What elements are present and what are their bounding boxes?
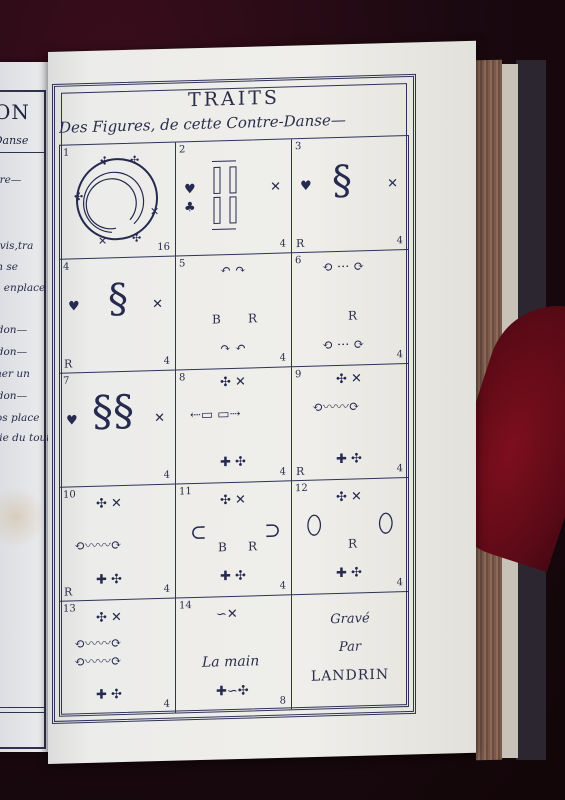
dancer-mark-icon: ✕ xyxy=(154,411,165,426)
figure-number: 14 xyxy=(179,600,192,611)
bar-count: 16 xyxy=(157,242,170,253)
oval-path-icon: ⬯ xyxy=(306,510,322,541)
curl-path-icon: ∽✕ xyxy=(216,607,238,623)
figure-number: 1 xyxy=(63,148,69,159)
figure-number: 8 xyxy=(179,372,185,383)
figure-marker: R xyxy=(64,357,72,370)
figure-marker: R xyxy=(248,311,257,325)
horizontal-arrows-icon: ⇠▭ ▭⇢ xyxy=(190,407,240,423)
engraver-credit-cell: Gravé Par LANDRIN xyxy=(292,592,408,709)
bar-count: 4 xyxy=(397,349,403,360)
left-text-line: en se xyxy=(0,261,18,273)
bar-count: 4 xyxy=(164,470,170,481)
heart-dancer-icon: ♥ xyxy=(66,413,78,428)
left-text-line: á-vis,tra xyxy=(0,240,33,252)
left-text-line: te enplace xyxy=(0,282,45,294)
la-main-label: La main xyxy=(202,653,259,671)
left-text-line: aire— xyxy=(0,174,21,186)
bar-count: 4 xyxy=(280,580,286,591)
figure-cell: 13 ✣ ✕ ⟲〰〰⟳ ⟲〰〰⟳ ✚ ✣ 4 xyxy=(60,599,176,716)
dancer-marks-icon: ✚ ✣ xyxy=(336,565,362,581)
heart-dancer-icon: ♥ xyxy=(184,182,196,197)
figure-number: 7 xyxy=(63,376,69,387)
figure-marker: R xyxy=(248,539,257,553)
curved-arrows-icon: ↷ ↶ xyxy=(220,341,246,357)
figure-cell: 5 ↶ ↷ B R ↷ ↶ 4 xyxy=(176,253,292,370)
club-dancer-icon: ♣ xyxy=(184,200,196,215)
figure-number: 3 xyxy=(295,141,301,152)
heart-dancer-icon: ♥ xyxy=(68,299,80,314)
svg-text:✣: ✣ xyxy=(132,232,141,245)
bar-count: 4 xyxy=(280,466,286,477)
svg-text:✣: ✣ xyxy=(130,154,139,167)
divider xyxy=(0,707,44,708)
figure-marker: B xyxy=(212,312,221,326)
curved-arrows-icon: ↶ ↷ xyxy=(220,263,246,279)
divider xyxy=(0,712,44,713)
dancer-marks-icon: ✣ ✕ xyxy=(336,489,362,505)
heart-dancer-icon: ♥ xyxy=(300,179,312,194)
bar-count: 8 xyxy=(280,695,286,706)
dancer-marks-icon: ✣ ✕ xyxy=(220,493,246,509)
figure-number: 4 xyxy=(63,262,69,273)
wave-path-icon: ⟲〰〰⟳ xyxy=(74,534,122,554)
figure-number: 10 xyxy=(63,489,76,500)
s-curve-path-icon: § xyxy=(332,158,352,205)
bar-count: 4 xyxy=(397,577,403,588)
figure-cell: 9 ✣ ✕ ⟲〰〰⟳ ✚ ✣ R 4 xyxy=(292,364,408,481)
figure-cell: 8 ✣ ✕ ⇠▭ ▭⇢ ✚ ✣ 4 xyxy=(176,367,292,484)
figure-number: 2 xyxy=(179,144,185,155)
figure-cell: 4 § ♥ ✕ R 4 xyxy=(60,257,176,374)
left-page-title: ON xyxy=(0,100,30,124)
dancer-marks-icon: ✚ ✣ xyxy=(96,687,122,703)
dancer-marks-icon: ✣ ✕ xyxy=(220,375,246,391)
left-page-subtitle: -Danse xyxy=(0,134,28,147)
figure-marker: R xyxy=(348,536,357,550)
figure-cell: 7 §§ ♥ ✕ 4 xyxy=(60,371,176,488)
left-text-line: rtie du tout xyxy=(0,432,51,444)
dancer-marks-icon: ✚ ✣ xyxy=(220,569,246,585)
figure-cell: 14 ∽✕ La main ✚∽✣ 8 xyxy=(176,595,292,712)
figure-cell: 11 ✣ ✕ ⊂ B R ⊃ ✚ ✣ 4 xyxy=(176,481,292,598)
figure-number: 11 xyxy=(179,486,192,497)
left-text-line: vos place xyxy=(0,412,39,424)
double-s-path-icon: §§ xyxy=(92,386,134,436)
dancer-marks-icon: ✣ ✕ xyxy=(96,496,122,512)
parallel-arrows-diagram xyxy=(206,152,256,233)
circle-path-diagram: ✣✣ ✣✕ ✕✣ xyxy=(72,153,162,246)
left-text-line: udon— xyxy=(0,390,27,402)
curl-path-icon: ⊃ xyxy=(264,518,281,542)
bar-count: 4 xyxy=(397,235,403,246)
figure-marker: R xyxy=(296,237,304,250)
dancer-marks-icon: ✚ ✣ xyxy=(96,572,122,588)
credit-by: Par xyxy=(292,638,408,656)
oval-path-icon: ⟲ ··· ⟳ xyxy=(322,337,364,353)
figure-number: 9 xyxy=(295,369,301,380)
oval-path-icon: ⟲ ··· ⟳ xyxy=(322,259,364,275)
left-text-line: udon— xyxy=(0,346,27,358)
figure-number: 12 xyxy=(295,483,308,494)
curl-path-icon: ⊂ xyxy=(190,520,207,544)
bar-count: 4 xyxy=(164,584,170,595)
bar-count: 4 xyxy=(280,238,286,249)
bar-count: 4 xyxy=(397,463,403,474)
figure-marker: R xyxy=(348,308,357,322)
svg-text:✣: ✣ xyxy=(100,154,109,167)
credit-engraver-name: LANDRIN xyxy=(292,666,408,685)
credit-engraved: Gravé xyxy=(292,610,408,628)
dancer-marks-icon: ✣ ✕ xyxy=(336,371,362,387)
figure-number: 6 xyxy=(295,255,301,266)
figure-cell: 1 ✣✣ ✣✕ ✕✣ 16 xyxy=(60,143,176,260)
figure-cell: 6 ⟲ ··· ⟳ R ⟲ ··· ⟳ 4 xyxy=(292,250,408,367)
divider xyxy=(0,152,44,153)
svg-text:✣: ✣ xyxy=(74,190,83,203)
figure-marker: B xyxy=(218,540,227,554)
left-text-line: rner un xyxy=(0,368,30,380)
bar-count: 4 xyxy=(164,699,170,710)
bar-count: 4 xyxy=(280,352,286,363)
dancer-mark-icon: ✕ xyxy=(152,297,163,312)
figure-cell: 2 ♥ ♣ ✕ 4 xyxy=(176,139,292,256)
bar-count: 4 xyxy=(164,356,170,367)
figure-cell: 3 § ♥ ✕ R 4 xyxy=(292,136,408,253)
figure-cell: 12 ✣ ✕ ⬯ R ⬯ ✚ ✣ 4 xyxy=(292,478,408,595)
svg-text:✕: ✕ xyxy=(150,205,159,218)
oval-path-icon: ⬯ xyxy=(378,508,394,539)
dancer-marks-icon: ✚ ✣ xyxy=(220,455,246,471)
left-text-line: ndon— xyxy=(0,324,27,336)
dancer-marks-icon: ✣ ✕ xyxy=(96,610,122,626)
figure-number: 5 xyxy=(179,258,185,269)
figure-marker: R xyxy=(296,465,304,478)
dancer-mark-icon: ✕ xyxy=(387,176,398,191)
svg-text:✕: ✕ xyxy=(98,234,107,245)
figure-grid: 1 ✣✣ ✣✕ ✕✣ 16 2 ♥ ♣ ✕ 4 xyxy=(59,135,409,717)
figure-cell: 10 ✣ ✕ ⟲〰〰⟳ ✚ ✣ R 4 xyxy=(60,485,176,602)
s-curve-path-icon: § xyxy=(108,276,128,323)
dancer-marks-icon: ✚ ✣ xyxy=(336,451,362,467)
engraved-plate: TRAITS Des Figures, de cette Contre-Dans… xyxy=(52,74,416,724)
figure-number: 13 xyxy=(63,603,76,614)
curl-path-icon: ✚∽✣ xyxy=(216,684,249,700)
crossing-paths-icon: ⟲〰〰⟳ xyxy=(74,650,122,670)
dancer-mark-icon: ✕ xyxy=(270,180,281,195)
wave-path-icon: ⟲〰〰⟳ xyxy=(312,395,360,415)
figure-marker: R xyxy=(64,585,72,598)
